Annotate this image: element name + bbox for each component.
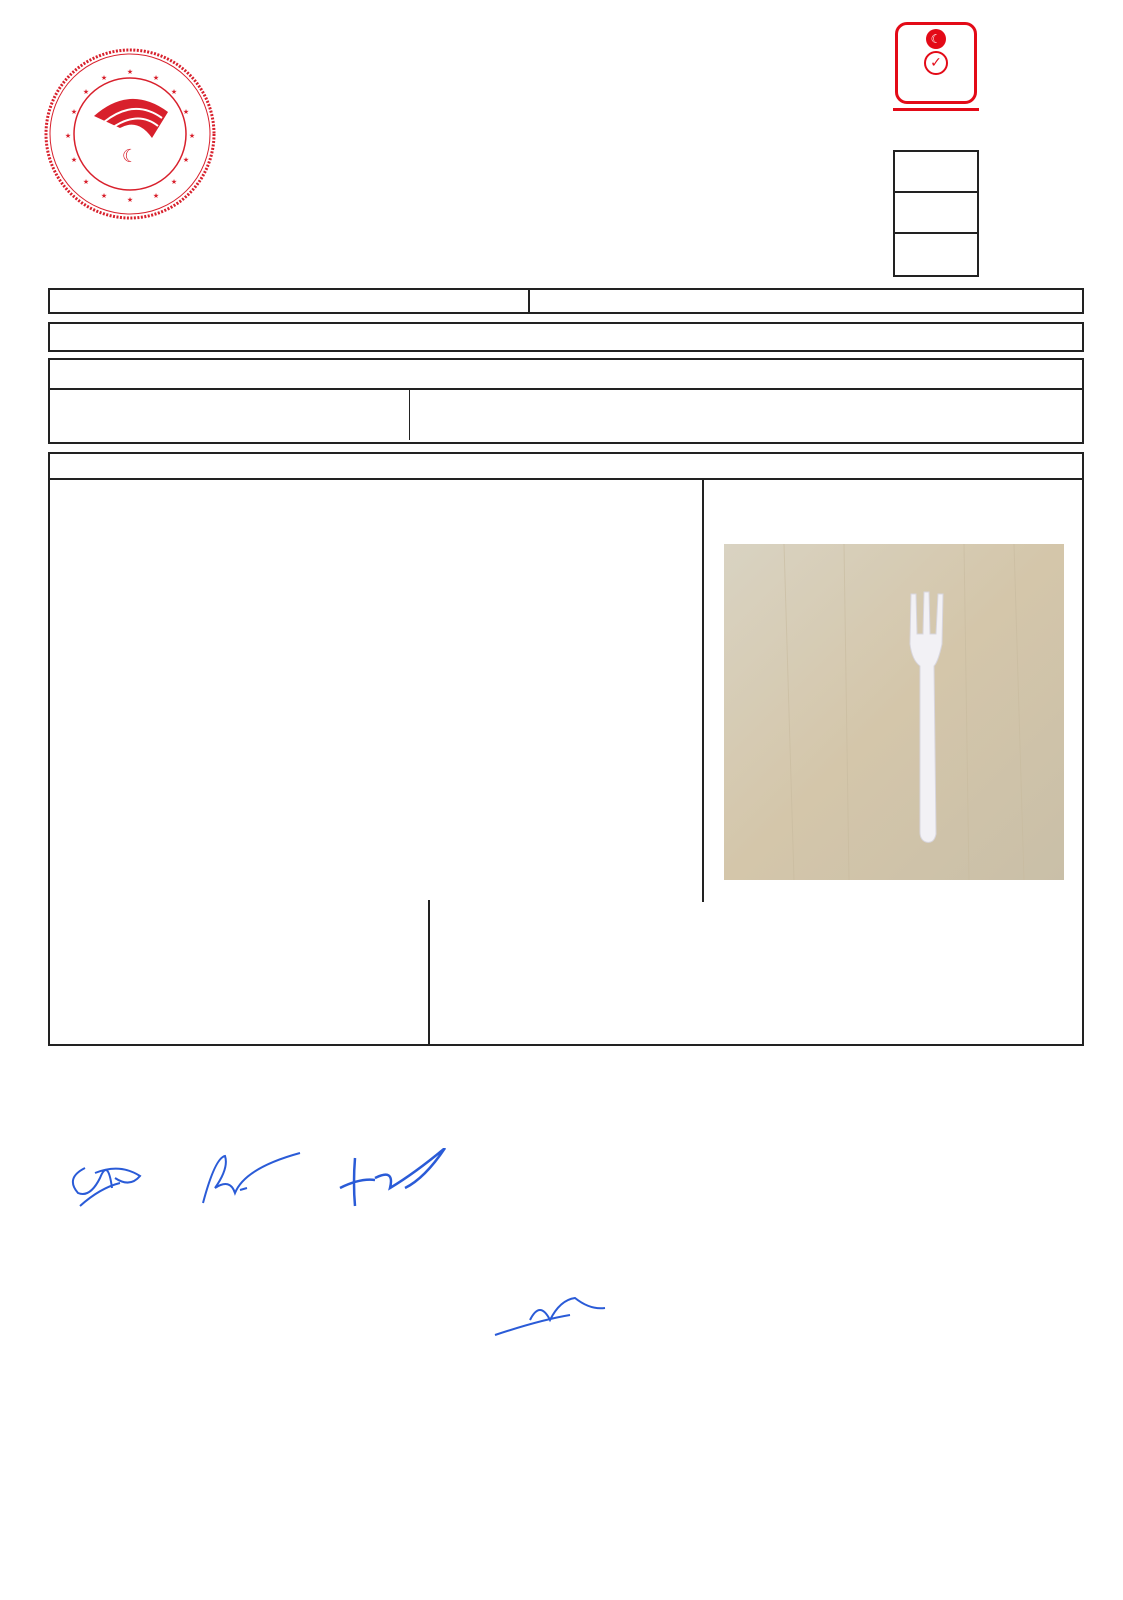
- report-number: [50, 290, 530, 312]
- page-counter: [880, 1525, 887, 1541]
- svg-text:★: ★: [127, 196, 133, 204]
- signature-3: [335, 1148, 450, 1208]
- checkmark-icon: ✓: [924, 51, 948, 75]
- signature-2: [195, 1148, 305, 1208]
- period-code: [893, 234, 979, 277]
- report-code: [893, 193, 979, 234]
- sample-photo: [724, 544, 1064, 880]
- svg-text:☾: ☾: [122, 146, 138, 167]
- svg-text:★: ★: [71, 108, 77, 116]
- svg-text:★: ★: [127, 68, 133, 76]
- svg-text:★: ★: [101, 74, 107, 82]
- ministry-seal-logo: ★★ ★★ ★★ ★★ ★★ ★★ ★★ ★★ ☾: [42, 46, 218, 222]
- accreditation-code: [893, 150, 979, 193]
- approval-block: [380, 1238, 740, 1241]
- svg-text:★: ★: [71, 156, 77, 164]
- crescent-icon: ☾: [926, 29, 946, 49]
- signature-1: [60, 1148, 150, 1208]
- svg-text:★: ★: [65, 132, 71, 140]
- customer-name-label: [50, 390, 410, 415]
- report-date: [530, 290, 1082, 312]
- badge-code: [895, 109, 977, 111]
- svg-text:★: ★: [171, 178, 177, 186]
- customer-address-label: [50, 415, 410, 440]
- svg-text:★: ★: [183, 156, 189, 164]
- barcode: [852, 1476, 1002, 1498]
- svg-text:★: ★: [183, 108, 189, 116]
- customer-information: [48, 358, 1084, 444]
- manager-signature: [490, 1290, 610, 1340]
- svg-text:★: ★: [101, 192, 107, 200]
- purpose-of-analysis: [48, 322, 1084, 352]
- customer-name-value: [410, 390, 1082, 415]
- turkak-accreditation-logo: ☾ ✓: [893, 22, 979, 146]
- report-info-row: [48, 288, 1084, 314]
- svg-text:★: ★: [83, 88, 89, 96]
- svg-text:★: ★: [189, 132, 195, 140]
- svg-text:★: ★: [153, 74, 159, 82]
- svg-text:★: ★: [171, 88, 177, 96]
- svg-text:★: ★: [153, 192, 159, 200]
- remarks-section: [48, 912, 1084, 1046]
- svg-text:★: ★: [83, 178, 89, 186]
- customer-address-value: [410, 415, 1082, 440]
- customer-section-title: [50, 360, 1082, 390]
